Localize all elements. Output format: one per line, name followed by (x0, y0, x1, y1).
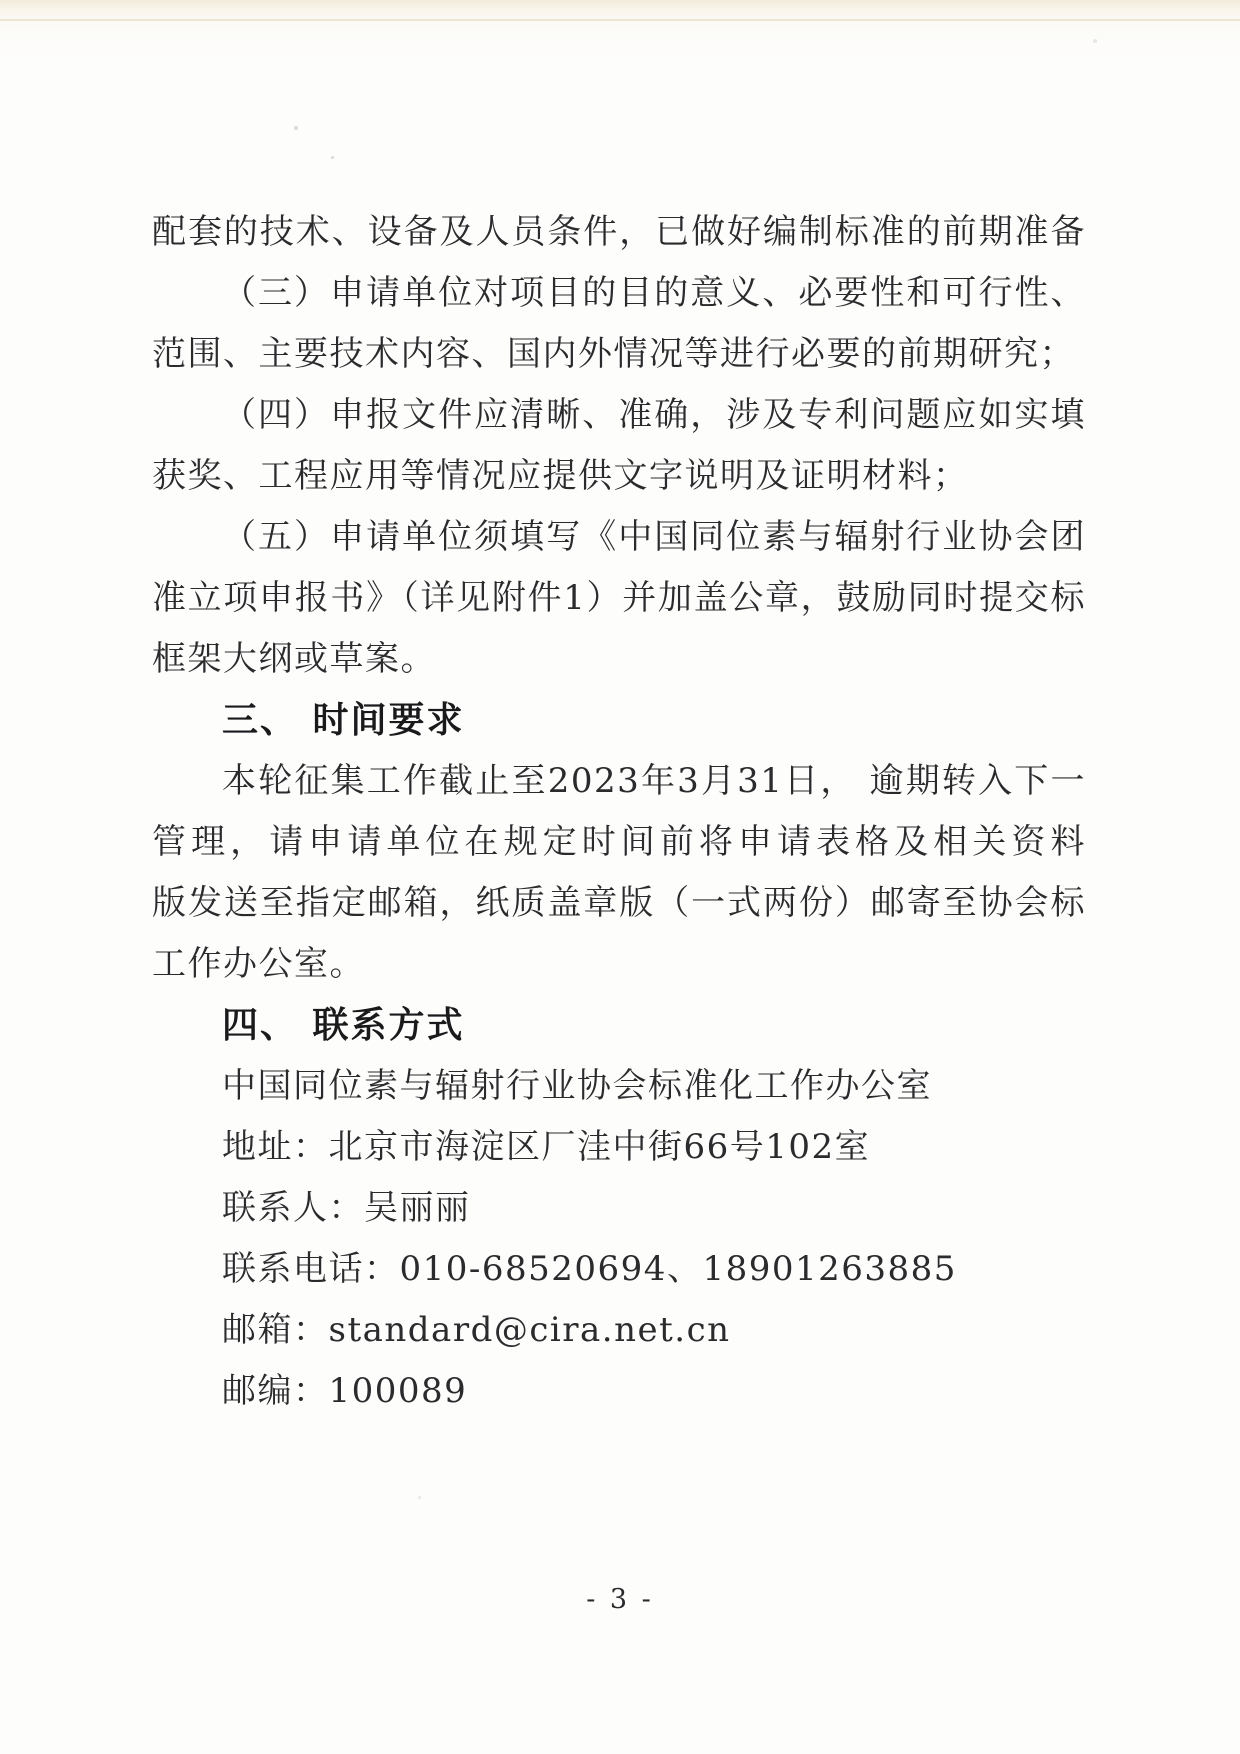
text-line: 管理，请申请单位在规定时间前将申请表格及相关资料word电子 (152, 812, 1086, 873)
page-number: - 3 - (0, 1584, 1240, 1615)
scan-speck (331, 156, 334, 159)
text-line: 中国同位素与辐射行业协会标准化工作办公室 (152, 1056, 1086, 1117)
document-body: 配套的技术、设备及人员条件，已做好编制标准的前期准备工作；（三）申请单位对项目的… (152, 202, 1086, 1422)
document-page: 配套的技术、设备及人员条件，已做好编制标准的前期准备工作；（三）申请单位对项目的… (0, 0, 1240, 1754)
scan-edge-artifact (0, 0, 1240, 64)
text-line: 框架大纲或草案。 (152, 629, 1086, 690)
section-heading: 四、 联系方式 (152, 995, 1086, 1056)
text-line: 准立项申报书》（详见附件1）并加盖公章，鼓励同时提交标准 (152, 568, 1086, 629)
text-line: 邮编：100089 (152, 1361, 1086, 1422)
text-line: 邮箱：standard@cira.net.cn (152, 1300, 1086, 1361)
text-line: （三）申请单位对项目的目的意义、必要性和可行性、适用 (152, 263, 1086, 324)
scan-speck (1093, 39, 1097, 43)
text-line: 版发送至指定邮箱，纸质盖章版（一式两份）邮寄至协会标准化 (152, 873, 1086, 934)
text-line: 联系人：吴丽丽 (152, 1178, 1086, 1239)
text-line: （四）申报文件应清晰、准确，涉及专利问题应如实填写， (152, 385, 1086, 446)
section-heading: 三、 时间要求 (152, 690, 1086, 751)
scan-speck (294, 126, 298, 130)
text-line: 获奖、工程应用等情况应提供文字说明及证明材料； (152, 446, 1086, 507)
text-line: 本轮征集工作截止至2023年3月31日， 逾期转入下一批项目 (152, 751, 1086, 812)
text-line: 地址：北京市海淀区厂洼中街66号102室 (152, 1117, 1086, 1178)
text-line: 范围、主要技术内容、国内外情况等进行必要的前期研究； (152, 324, 1086, 385)
text-line: 工作办公室。 (152, 934, 1086, 995)
scan-edge-line (0, 19, 1240, 21)
text-line: 配套的技术、设备及人员条件，已做好编制标准的前期准备工作； (152, 202, 1086, 263)
text-line: （五）申请单位须填写《中国同位素与辐射行业协会团体标 (152, 507, 1086, 568)
scan-speck (418, 1496, 421, 1499)
text-line: 联系电话：010-68520694、18901263885 (152, 1239, 1086, 1300)
